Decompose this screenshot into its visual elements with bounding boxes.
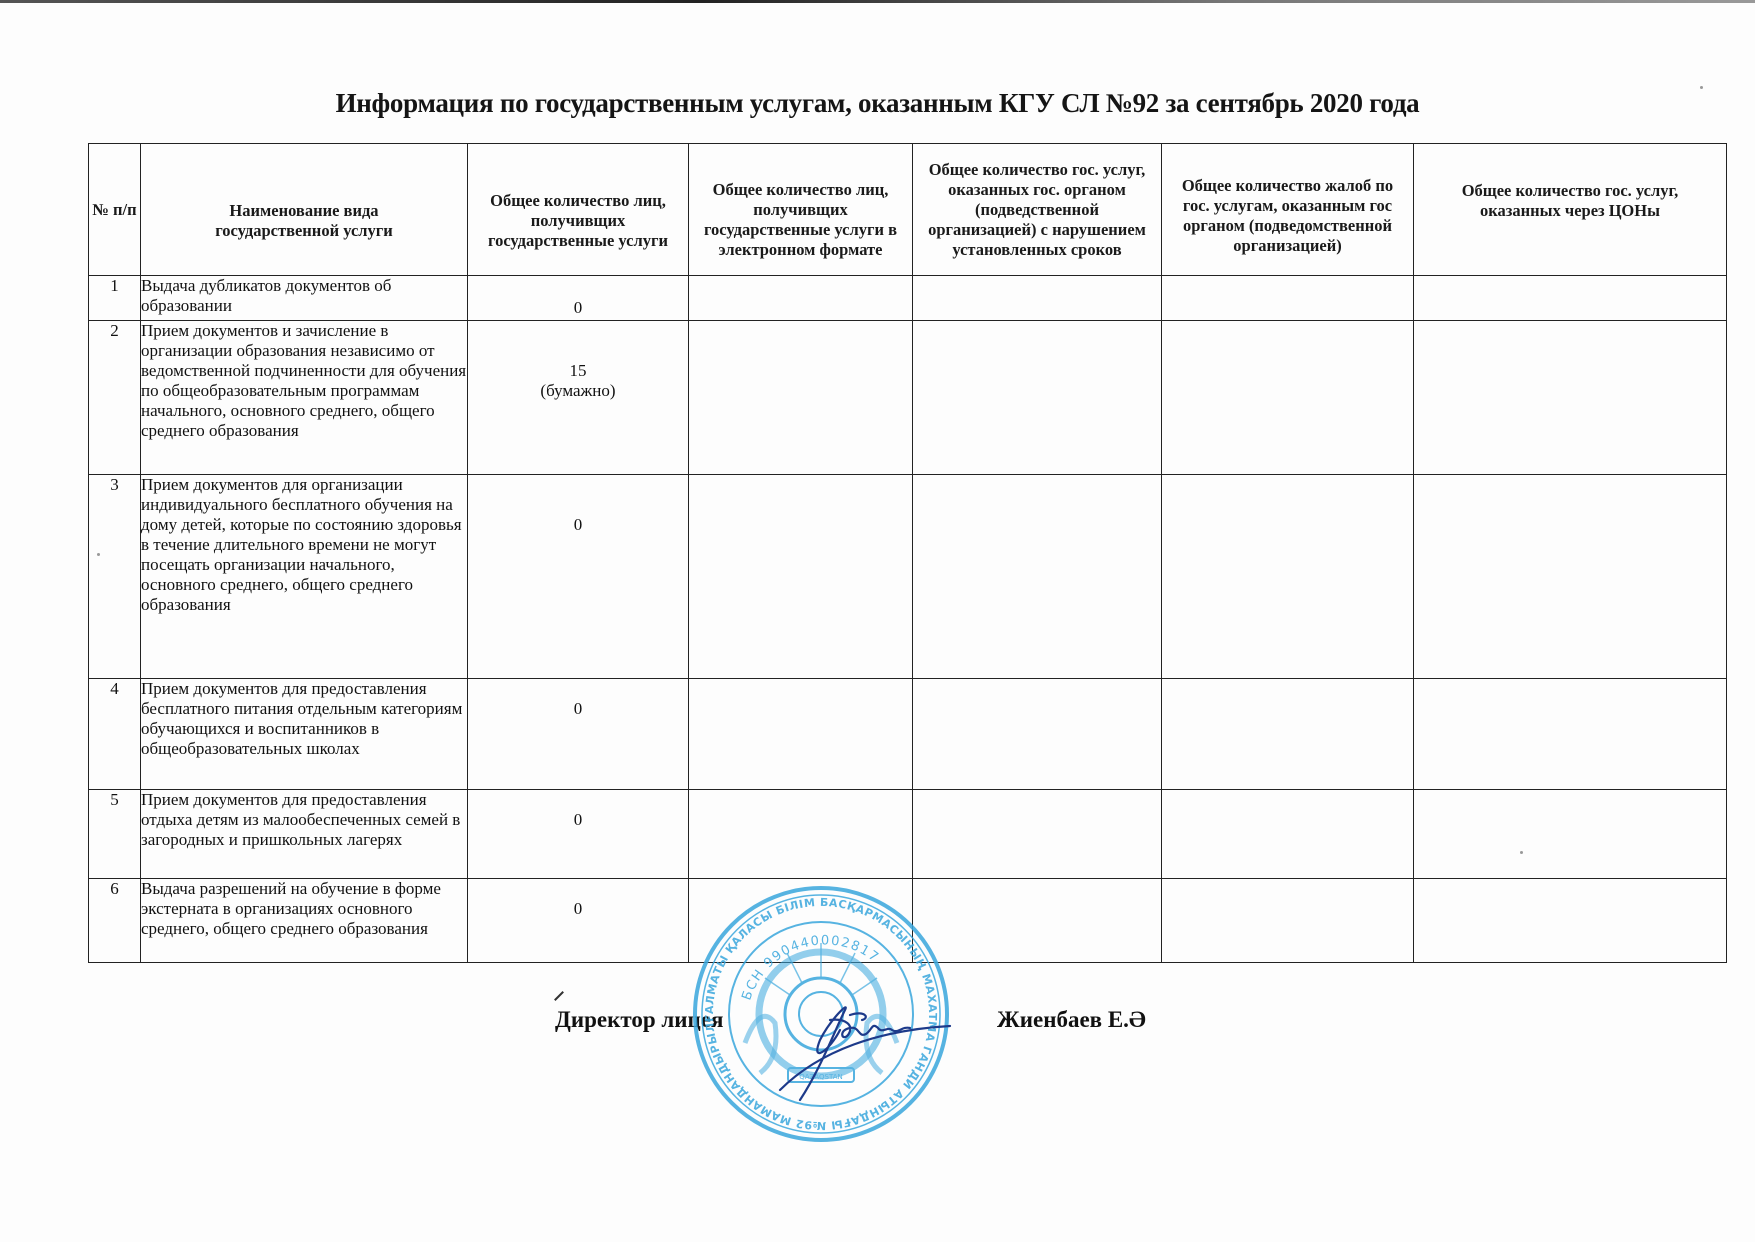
header-via-con: Общее количество гос. услуг, оказанных ч… <box>1414 144 1727 276</box>
total-recipients-cell: 15(бумажно) <box>468 321 689 475</box>
via-con-cell <box>1414 321 1727 475</box>
row-number: 5 <box>89 790 141 879</box>
row-number: 3 <box>89 475 141 679</box>
table-row: 4Прием документов для предоставления бес… <box>89 679 1727 790</box>
complaints-cell <box>1162 879 1414 963</box>
violations-cell <box>913 790 1162 879</box>
electronic-recipients-cell <box>689 790 913 879</box>
scan-artifact <box>1520 851 1523 854</box>
header-total-recipients: Общее количество лиц, получивщих государ… <box>468 144 689 276</box>
electronic-recipients-cell <box>689 321 913 475</box>
service-name: Выдача разрешений на обучение в форме эк… <box>141 879 468 963</box>
violations-cell <box>913 679 1162 790</box>
via-con-cell <box>1414 790 1727 879</box>
scan-edge <box>0 0 1755 3</box>
total-recipients-note: (бумажно) <box>468 381 688 401</box>
table-row: 5Прием документов для предоставления отд… <box>89 790 1727 879</box>
via-con-cell <box>1414 276 1727 321</box>
total-recipients-value: 0 <box>468 699 688 719</box>
row-number: 1 <box>89 276 141 321</box>
scan-artifact <box>97 553 100 556</box>
violations-cell <box>913 475 1162 679</box>
complaints-cell <box>1162 276 1414 321</box>
total-recipients-value: 0 <box>468 899 688 919</box>
complaints-cell <box>1162 475 1414 679</box>
total-recipients-value: 0 <box>468 515 688 535</box>
electronic-recipients-cell <box>689 679 913 790</box>
header-service-name: Наименование вида государственной услуги <box>141 144 468 276</box>
total-recipients-value: 0 <box>468 298 688 318</box>
total-recipients-value: 15 <box>468 361 688 381</box>
table-row: 2Прием документов и зачисление в организ… <box>89 321 1727 475</box>
header-violations: Общее количество гос. услуг, оказанных г… <box>913 144 1162 276</box>
total-recipients-cell: 0 <box>468 475 689 679</box>
service-name: Прием документов для организации индивид… <box>141 475 468 679</box>
header-row: № п/п Наименование вида государственной … <box>89 144 1727 276</box>
table-row: 3Прием документов для организации индиви… <box>89 475 1727 679</box>
pen-mark <box>554 991 564 1001</box>
service-name: Выдача дубликатов документов об образова… <box>141 276 468 321</box>
signatory-name: Жиенбаев Е.Ә <box>997 1007 1146 1033</box>
document-title: Информация по государственным услугам, о… <box>0 88 1755 119</box>
services-table: № п/п Наименование вида государственной … <box>88 143 1727 963</box>
table-row: 1Выдача дубликатов документов об образов… <box>89 276 1727 321</box>
total-recipients-value: 0 <box>468 810 688 830</box>
total-recipients-cell: 0 <box>468 790 689 879</box>
total-recipients-cell: 0 <box>468 879 689 963</box>
service-name: Прием документов и зачисление в организа… <box>141 321 468 475</box>
electronic-recipients-cell <box>689 475 913 679</box>
complaints-cell <box>1162 790 1414 879</box>
header-complaints: Общее количество жалоб по гос. услугам, … <box>1162 144 1414 276</box>
header-num: № п/п <box>89 144 141 276</box>
service-name: Прием документов для предоставления отды… <box>141 790 468 879</box>
electronic-recipients-cell <box>689 276 913 321</box>
row-number: 6 <box>89 879 141 963</box>
violations-cell <box>913 321 1162 475</box>
header-electronic-recipients: Общее количество лиц, получивщих государ… <box>689 144 913 276</box>
handwritten-signature-icon <box>760 990 960 1110</box>
via-con-cell <box>1414 475 1727 679</box>
via-con-cell <box>1414 879 1727 963</box>
total-recipients-cell: 0 <box>468 679 689 790</box>
scan-artifact <box>1700 86 1703 89</box>
complaints-cell <box>1162 679 1414 790</box>
service-name: Прием документов для предоставления бесп… <box>141 679 468 790</box>
row-number: 4 <box>89 679 141 790</box>
violations-cell <box>913 276 1162 321</box>
row-number: 2 <box>89 321 141 475</box>
total-recipients-cell: 0 <box>468 276 689 321</box>
complaints-cell <box>1162 321 1414 475</box>
via-con-cell <box>1414 679 1727 790</box>
